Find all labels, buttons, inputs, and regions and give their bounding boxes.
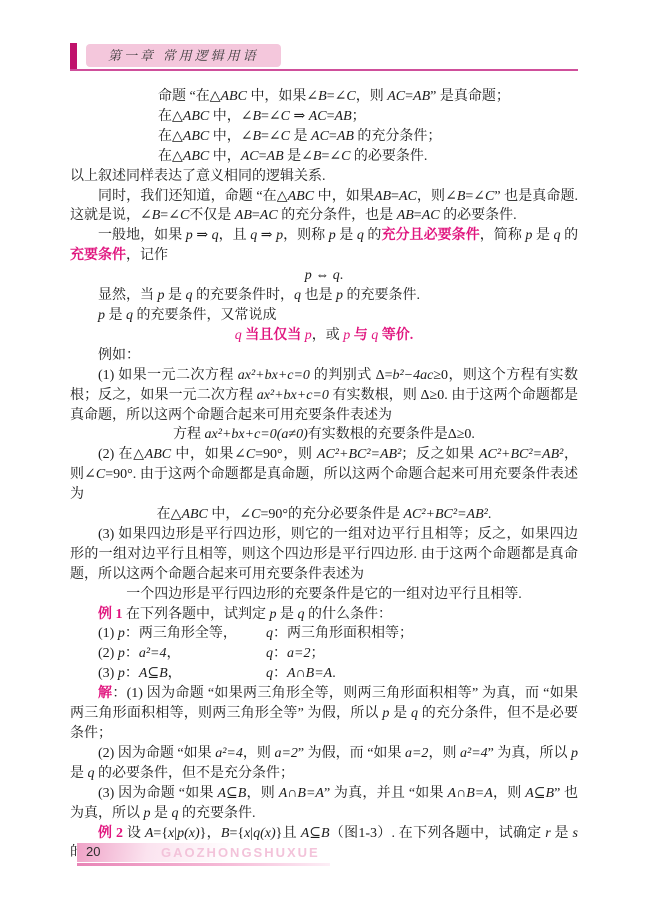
column-left: (3) p：A⊆B， <box>98 664 266 684</box>
math-expression: AC <box>387 89 405 104</box>
paragraph: (2) 在△ABC 中，如果∠C=90°，则 AC²+BC²=AB²；反之如果 … <box>70 445 578 505</box>
text-run: ，且 <box>219 228 251 243</box>
text-run: (2) 在△ <box>98 447 145 462</box>
math-expression: a²=4 <box>215 746 243 761</box>
text-run: 的充要条件时， <box>193 288 295 303</box>
text-run: ={ <box>153 826 168 841</box>
math-expression: q <box>411 706 418 721</box>
text-run: . <box>332 666 336 681</box>
text-run: 是 <box>551 826 573 841</box>
column-left: (1) p：两三角形全等， <box>98 624 266 644</box>
text-run: 一个四边形是平行四边形的充要条件是它的一组对边平行且相等. <box>126 587 522 602</box>
math-expression: AC²+BC²=AB² <box>479 447 563 462</box>
column-left: (2) p：a²=4， <box>98 644 266 664</box>
text-run: 中，如果∠ <box>247 89 318 104</box>
math-expression: B <box>252 129 261 144</box>
solution-paragraph: (2) 因为命题 “如果 a²=4，则 a=2” 为假，而 “如果 a=2，则 … <box>70 744 578 784</box>
page-header: 第一章 常用逻辑用语 <box>70 44 578 72</box>
math-expression: p <box>144 806 151 821</box>
text-run: 充要条件 <box>70 248 126 263</box>
text-run: (2) <box>98 646 118 661</box>
footer-rule <box>77 863 330 866</box>
text-run: =∠ <box>160 208 180 223</box>
text-run: = <box>259 149 267 164</box>
math-expression: p <box>118 626 125 641</box>
math-expression: C <box>485 189 494 204</box>
math-expression: ax²+bx+c=0(a≠0) <box>205 427 308 442</box>
text-run: (3) <box>98 666 118 681</box>
watermark: GAOZHONGSHUXUE <box>161 845 320 860</box>
math-expression: q <box>266 666 273 681</box>
math-expression: p <box>118 646 125 661</box>
text-run: ，或 <box>312 328 344 343</box>
text-run: =∠ <box>261 129 281 144</box>
example-item: (1) p：两三角形全等，q：两三角形面积相等； <box>70 624 578 644</box>
text-run: ” 为真，所以 <box>488 746 571 761</box>
text-run: ，则 <box>246 786 278 801</box>
text-run: ，则 <box>243 746 275 761</box>
text-run: . <box>340 268 344 283</box>
math-expression: A⊆B <box>139 666 168 681</box>
paragraph: 例如： <box>70 346 578 366</box>
text-run: 中，如果∠ <box>171 447 246 462</box>
content: 命题 “在△ABC 中，如果∠B=∠C，则 AC=AB” 是真命题；在△ABC … <box>70 87 578 863</box>
text-run: }且 <box>276 826 301 841</box>
text-run: 例 1 <box>98 607 123 622</box>
text-run: ； <box>352 109 366 124</box>
math-expression: q <box>88 766 95 781</box>
text-run: =90°. 由于这两个命题都是真命题，所以这两个命题合起来可用充要条件表述为 <box>70 467 578 502</box>
math-expression: q <box>266 626 273 641</box>
text-run: (1) 如果一元二次方程 <box>98 368 238 383</box>
solution-paragraph: (3) 因为命题 “如果 A⊆B，则 A∩B=A” 为真，并且 “如果 A∩B=… <box>70 784 578 824</box>
math-expression: p <box>305 328 312 343</box>
text-run: 的充要条件，又常说成 <box>133 308 277 323</box>
math-expression: q <box>212 228 219 243</box>
text-run: 是∠ <box>284 149 313 164</box>
text-run: 与 <box>350 328 371 343</box>
math-expression: p <box>336 288 343 303</box>
math-expression: p <box>270 607 277 622</box>
math-expression: ax²+bx+c=0 <box>257 388 329 403</box>
text-run: =90°的充分必要条件是 <box>260 507 403 522</box>
text-run: ， <box>166 646 180 661</box>
text-run: =∠ <box>327 89 347 104</box>
text-run: （图1-3）. 在下列各题中，试确定 <box>330 826 546 841</box>
text-run: ⇒ <box>257 228 276 243</box>
text-run: 中， <box>209 149 241 164</box>
text-run: 同时，我们还知道，命题 “在△ <box>98 189 288 204</box>
math-expression: AC <box>260 208 278 223</box>
math-expression: AB <box>267 149 284 164</box>
example-item: (3) p：A⊆B，q：A∩B=A. <box>70 664 578 684</box>
text-run: 是 <box>336 228 357 243</box>
text-run: =∠ <box>261 109 281 124</box>
text-run: ，简称 <box>480 228 526 243</box>
math-expression: AC <box>309 109 327 124</box>
math-expression: p <box>305 268 312 283</box>
math-expression: p(x) <box>177 826 200 841</box>
math-expression: p <box>118 666 125 681</box>
text-run: 不仅是 <box>189 208 235 223</box>
math-expression: B <box>252 109 261 124</box>
text-run: 是 <box>151 806 172 821</box>
text-run: 解 <box>98 686 112 701</box>
text-run: 在下列各题中，试判定 <box>123 607 270 622</box>
math-expression: A⊆B <box>217 786 246 801</box>
page-number: 20 <box>86 844 100 859</box>
text-run: 是 <box>70 766 88 781</box>
footer-bar: 20 GAOZHONGSHUXUE <box>77 843 330 862</box>
text-run: 例如： <box>98 348 140 363</box>
math-expression: C <box>246 447 255 462</box>
math-expression: ABC <box>183 109 209 124</box>
conclusion-line: 一个四边形是平行四边形的充要条件是它的一组对边平行且相等. <box>70 585 578 605</box>
text-run: 是 <box>277 607 298 622</box>
header-rule <box>70 69 578 71</box>
text-run: 以上叙述同样表达了意义相同的逻辑关系. <box>70 169 326 184</box>
paragraph: (3) 如果四边形是平行四边形，则它的一组对边平行且相等；反之，如果四边形的一组… <box>70 525 578 585</box>
text-run: (3) 如果四边形是平行四边形，则它的一组对边平行且相等；反之，如果四边形的一组… <box>70 527 578 582</box>
math-expression: a=2 <box>274 746 297 761</box>
text-run: 的充要条件. <box>343 288 420 303</box>
text-run: 例 2 <box>98 826 123 841</box>
math-expression: q <box>294 288 301 303</box>
math-expression: q <box>554 228 561 243</box>
conclusion-line: 在△ABC 中，∠C=90°的充分必要条件是 AC²+BC²=AB². <box>70 505 578 525</box>
text-run: 的充要条件. <box>179 806 256 821</box>
text-run: 的充分条件； <box>354 129 442 144</box>
text-run: 方程 <box>173 427 205 442</box>
math-expression: C <box>96 467 105 482</box>
math-expression: s <box>573 826 578 841</box>
text-run: =90°，则 <box>255 447 317 462</box>
math-expression: AB <box>335 109 352 124</box>
text-run: 中，∠ <box>208 507 251 522</box>
text-run: 的 <box>364 228 382 243</box>
text-run: ” 为真，并且 “如果 <box>324 786 448 801</box>
text-run: ⇔ <box>312 268 333 283</box>
text-run: 在△ <box>158 109 183 124</box>
math-expression: ax²+bx+c=0 <box>238 368 310 383</box>
text-run: 的充分条件，也是 <box>278 208 397 223</box>
text-run: = <box>327 109 335 124</box>
math-expression: A∩B=A <box>287 666 332 681</box>
text-run: 是 <box>532 228 553 243</box>
paragraph: 以上叙述同样表达了意义相同的逻辑关系. <box>70 167 578 187</box>
math-expression: AC <box>399 189 417 204</box>
math-expression: p <box>158 288 165 303</box>
text-run: 是 <box>290 129 311 144</box>
text-run: 是 <box>105 308 126 323</box>
math-expression: q(x) <box>253 826 276 841</box>
text-run: ，则∠ <box>417 189 457 204</box>
text-run: 的什么条件： <box>305 607 393 622</box>
math-expression: AB <box>413 89 430 104</box>
math-expression: p <box>98 308 105 323</box>
text-run: ：两三角形面积相等； <box>273 626 413 641</box>
text-run: =∠ <box>321 149 341 164</box>
text-run: ⇒ <box>193 228 212 243</box>
text-run: (2) 因为命题 “如果 <box>98 746 215 761</box>
math-expression: B <box>318 89 327 104</box>
column-right: q：A∩B=A. <box>266 664 578 684</box>
math-expression: a=2 <box>287 646 310 661</box>
text-run: 的必要条件，但不是充分条件； <box>95 766 295 781</box>
text-run: ，则 <box>356 89 388 104</box>
text-run: 命题 “在△ <box>158 89 220 104</box>
text-run: 也是 <box>301 288 336 303</box>
text-run: 的判别式 Δ= <box>310 368 393 383</box>
math-expression: AC <box>422 208 440 223</box>
text-run: (3) 因为命题 “如果 <box>98 786 217 801</box>
text-run: = <box>391 189 399 204</box>
text-run: ： <box>273 666 287 681</box>
text-run: }， <box>200 826 221 841</box>
text-run: (1) <box>98 626 118 641</box>
chapter-accent-bar <box>70 43 77 71</box>
math-expression: AB <box>397 208 414 223</box>
math-expression: p <box>276 228 283 243</box>
math-expression: ABC <box>220 89 246 104</box>
math-expression: p <box>329 228 336 243</box>
textbook-page: 第一章 常用逻辑用语 命题 “在△ABC 中，如果∠B=∠C，则 AC=AB” … <box>0 0 650 912</box>
text-run: ={ <box>229 826 244 841</box>
math-expression: q <box>172 806 179 821</box>
math-expression: C <box>346 89 355 104</box>
math-expression: AC²+BC²=AB² <box>317 447 401 462</box>
text-run: = <box>252 208 260 223</box>
text-run: 中，∠ <box>209 109 252 124</box>
math-expression: a=2 <box>405 746 428 761</box>
text-run: ： <box>273 646 287 661</box>
paragraph: p 是 q 的充要条件，又常说成 <box>70 306 578 326</box>
math-expression: a²=4 <box>139 646 167 661</box>
math-expression: ABC <box>183 129 209 144</box>
paragraph: (1) 如果一元二次方程 ax²+bx+c=0 的判别式 Δ=b²−4ac≥0，… <box>70 366 578 426</box>
formula-line: p ⇔ q. <box>70 266 578 286</box>
text-run: 中，如果 <box>314 189 374 204</box>
statement-line: 命题 “在△ABC 中，如果∠B=∠C，则 AC=AB” 是真命题； <box>158 87 578 107</box>
math-expression: q <box>357 228 364 243</box>
math-expression: AB <box>235 208 252 223</box>
text-run: =∠ <box>465 189 485 204</box>
text-run: 一般地，如果 <box>98 228 186 243</box>
conclusion-line: 方程 ax²+bx+c=0(a≠0)有实数根的充要条件是Δ≥0. <box>70 425 578 445</box>
text-run: = <box>414 208 422 223</box>
emphasis-line: q 当且仅当 p，或 p 与 q 等价. <box>70 326 578 346</box>
text-run: 是 <box>389 706 411 721</box>
text-run: 的必要条件. <box>350 149 427 164</box>
text-run: 的必要条件. <box>440 208 517 223</box>
text-run: 在△ <box>158 129 183 144</box>
text-run: ： <box>125 646 139 661</box>
math-expression: B <box>152 208 161 223</box>
text-run: ⇒ <box>290 109 309 124</box>
math-expression: A⊆B <box>301 826 330 841</box>
text-run: ，则称 <box>283 228 329 243</box>
math-expression: ABC <box>145 447 171 462</box>
math-expression: AC²+BC²=AB² <box>403 507 487 522</box>
text-run: 是 <box>165 288 186 303</box>
math-expression: p <box>571 746 578 761</box>
math-expression: q <box>186 288 193 303</box>
example-1-heading: 例 1 在下列各题中，试判定 p 是 q 的什么条件： <box>70 605 578 625</box>
text-run: ，则 <box>493 786 525 801</box>
text-run: 等价. <box>378 328 413 343</box>
math-expression: q <box>298 607 305 622</box>
text-run: = <box>405 89 413 104</box>
math-expression: q <box>266 646 273 661</box>
math-expression: C <box>281 129 290 144</box>
chapter-label: 第一章 常用逻辑用语 <box>86 44 281 67</box>
math-expression: b²−4ac <box>392 368 433 383</box>
text-run: 在△ <box>158 149 183 164</box>
statement-line: 在△ABC 中，AC=AB 是∠B=∠C 的必要条件. <box>158 147 578 167</box>
text-run: ” 是真命题； <box>430 89 510 104</box>
math-expression: ABC <box>181 507 207 522</box>
solution-paragraph: 解：(1) 因为命题 “如果两三角形全等，则两三角形面积相等” 为真，而 “如果… <box>70 684 578 744</box>
statement-line: 在△ABC 中，∠B=∠C 是 AC=AB 的充分条件； <box>158 127 578 147</box>
text-run: ” 为假，而 “如果 <box>298 746 405 761</box>
math-expression: A∩B=A <box>448 786 493 801</box>
paragraph: 一般地，如果 p ⇒ q，且 q ⇒ p，则称 p 是 q 的充分且必要条件，简… <box>70 226 578 266</box>
text-run: 充分且必要条件 <box>381 228 479 243</box>
math-expression: AB <box>374 189 391 204</box>
column-right: q：两三角形面积相等； <box>266 624 578 644</box>
text-run: ；反之如果 <box>401 447 479 462</box>
math-expression: C <box>180 208 189 223</box>
text-run: 当且仅当 <box>242 328 305 343</box>
text-run: ：两三角形全等， <box>125 626 237 641</box>
math-expression: A∩B=A <box>279 786 324 801</box>
text-run: 显然，当 <box>98 288 158 303</box>
math-expression: AC <box>311 129 329 144</box>
math-expression: AC <box>241 149 259 164</box>
text-run: 中，∠ <box>209 129 252 144</box>
math-expression: A⊆B <box>525 786 554 801</box>
text-run: ，则 <box>428 746 460 761</box>
text-run: 的 <box>561 228 579 243</box>
text-run: ，记作 <box>126 248 168 263</box>
math-expression: p <box>186 228 193 243</box>
text-run: 设 <box>123 826 145 841</box>
text-run: ； <box>310 646 324 661</box>
math-expression: q <box>333 268 340 283</box>
math-expression: ABC <box>183 149 209 164</box>
text-run: ： <box>125 666 139 681</box>
example-item: (2) p：a²=4，q：a=2； <box>70 644 578 664</box>
text-run: . <box>488 507 492 522</box>
text-run: = <box>329 129 337 144</box>
paragraph: 显然，当 p 是 q 的充要条件时，q 也是 p 的充要条件. <box>70 286 578 306</box>
text-run: 在△ <box>157 507 182 522</box>
math-expression: C <box>281 109 290 124</box>
math-expression: q <box>235 328 242 343</box>
text-run: 有实数根的充要条件是Δ≥0. <box>308 427 475 442</box>
math-expression: a²=4 <box>460 746 488 761</box>
math-expression: ABC <box>288 189 314 204</box>
math-expression: AB <box>337 129 354 144</box>
statement-line: 在△ABC 中，∠B=∠C ⇒ AC=AB； <box>158 107 578 127</box>
paragraph: 同时，我们还知道，命题 “在△ABC 中，如果AB=AC，则∠B=∠C” 也是真… <box>70 187 578 227</box>
column-right: q：a=2； <box>266 644 578 664</box>
math-expression: q <box>126 308 133 323</box>
text-run: ， <box>168 666 182 681</box>
